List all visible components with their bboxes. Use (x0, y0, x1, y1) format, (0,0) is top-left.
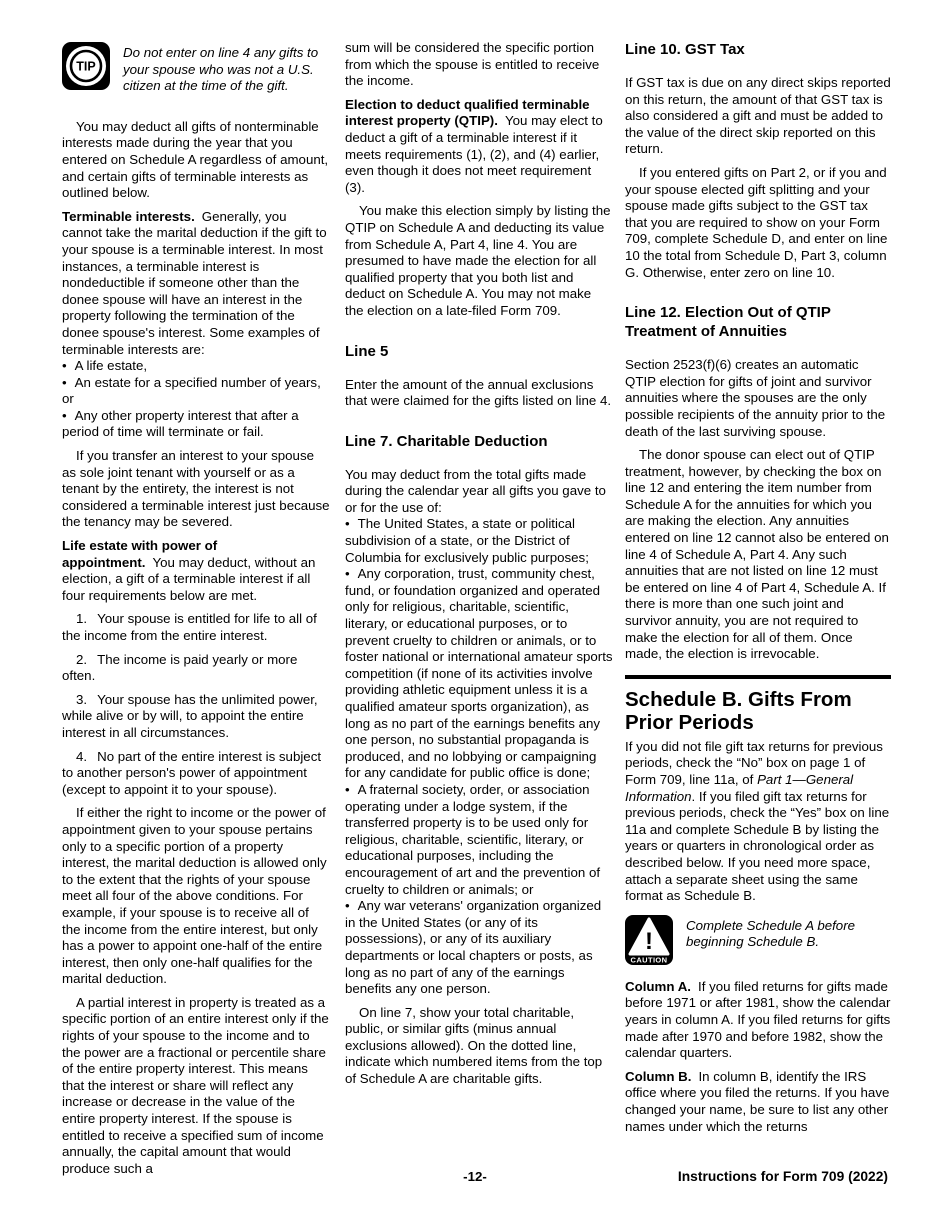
heading-line-10-gst-tax: Line 10. GST Tax (625, 40, 891, 59)
tip-box: TIP Do not enter on line 4 any gifts to … (62, 42, 330, 95)
caution-box: ! CAUTION Complete Schedule A before beg… (625, 915, 891, 965)
heading-line-12-qtip-annuities: Line 12. Election Out of QTIP Treatment … (625, 303, 891, 341)
qtip-election-paragraph: Election to deduct qualified terminable … (345, 97, 613, 197)
bullet-text: Any war veterans' organization organized… (345, 898, 601, 996)
tip-icon-label: TIP (76, 60, 95, 74)
heading-schedule-b: Schedule B. Gifts From Prior Periods (625, 688, 891, 734)
runin-heading: Column A. (625, 979, 698, 994)
item-text: Your spouse has the unlimited power, whi… (62, 692, 318, 740)
column-left: TIP Do not enter on line 4 any gifts to … (62, 40, 330, 1184)
heading-line-5: Line 5 (345, 342, 613, 361)
bullet-marker: • (345, 898, 358, 913)
item-text: The income is paid yearly or more often. (62, 652, 297, 684)
tip-text: Do not enter on line 4 any gifts to your… (123, 42, 330, 95)
item-number: 3. (76, 692, 97, 707)
item-number: 4. (76, 749, 97, 764)
paragraph-text: . If you filed gift tax returns for prev… (625, 789, 889, 904)
section-divider (625, 675, 891, 679)
paragraph: You may deduct all gifts of nonterminabl… (62, 119, 330, 202)
bullet-item: •An estate for a specified number of yea… (62, 375, 330, 408)
item-number: 2. (76, 652, 97, 667)
schedule-b-intro-paragraph: If you did not file gift tax returns for… (625, 739, 891, 905)
bullet-text: Any other property interest that after a… (62, 408, 299, 440)
svg-text:!: ! (645, 928, 653, 955)
paragraph: You may deduct from the total gifts made… (345, 467, 613, 517)
caution-text: Complete Schedule A before beginning Sch… (686, 915, 891, 951)
document-page: TIP Do not enter on line 4 any gifts to … (0, 0, 950, 1230)
bullet-item: •Any war veterans' organization organize… (345, 898, 613, 998)
item-number: 1. (76, 611, 97, 626)
life-estate-paragraph: Life estate with power of appointment.Yo… (62, 538, 330, 604)
runin-heading: Column B. (625, 1069, 698, 1084)
numbered-item: 2.The income is paid yearly or more ofte… (62, 652, 330, 685)
bullet-item: •The United States, a state or political… (345, 516, 613, 566)
paragraph: Enter the amount of the annual exclusion… (345, 377, 613, 410)
tip-icon: TIP (62, 42, 110, 90)
column-middle: sum will be considered the specific port… (345, 40, 613, 1095)
footer-doc-title: Instructions for Form 709 (2022) (678, 1169, 888, 1184)
paragraph: On line 7, show your total charitable, p… (345, 1005, 613, 1088)
bullet-item: •A fraternal society, order, or associat… (345, 782, 613, 898)
bullet-text: Any corporation, trust, community chest,… (345, 566, 613, 780)
bullet-marker: • (62, 358, 75, 373)
bullet-text: A life estate, (75, 358, 147, 373)
bullet-marker: • (345, 566, 358, 581)
bullet-item: •A life estate, (62, 358, 330, 375)
item-text: Your spouse is entitled for life to all … (62, 611, 317, 643)
bullet-marker: • (345, 516, 358, 531)
paragraph: The donor spouse can elect out of QTIP t… (625, 447, 891, 663)
column-a-paragraph: Column A.If you filed returns for gifts … (625, 979, 891, 1062)
runin-heading: Terminable interests. (62, 209, 202, 224)
caution-icon-label: CAUTION (631, 955, 668, 964)
paragraph: sum will be considered the specific port… (345, 40, 613, 90)
paragraph: You make this election simply by listing… (345, 203, 613, 319)
bullet-list: •A life estate, •An estate for a specifi… (62, 358, 330, 441)
bullet-item: •Any corporation, trust, community chest… (345, 566, 613, 782)
paragraph: Section 2523(f)(6) creates an automatic … (625, 357, 891, 440)
paragraph: If you entered gifts on Part 2, or if yo… (625, 165, 891, 281)
numbered-item: 4.No part of the entire interest is subj… (62, 749, 330, 799)
bullet-text: A fraternal society, order, or associati… (345, 782, 600, 897)
bullet-text: The United States, a state or political … (345, 516, 589, 564)
bullet-marker: • (62, 408, 75, 423)
paragraph: If either the right to income or the pow… (62, 805, 330, 988)
numbered-item: 3.Your spouse has the unlimited power, w… (62, 692, 330, 742)
numbered-item: 1.Your spouse is entitled for life to al… (62, 611, 330, 644)
bullet-text: An estate for a specified number of year… (62, 375, 321, 407)
column-b-paragraph: Column B.In column B, identify the IRS o… (625, 1069, 891, 1135)
bullet-item: •Any other property interest that after … (62, 408, 330, 441)
paragraph: If GST tax is due on any direct skips re… (625, 75, 891, 158)
paragraph: If you transfer an interest to your spou… (62, 448, 330, 531)
heading-line-7-charitable-deduction: Line 7. Charitable Deduction (345, 432, 613, 451)
column-right: Line 10. GST Tax If GST tax is due on an… (625, 40, 891, 1142)
bullet-marker: • (345, 782, 358, 797)
bullet-list: •The United States, a state or political… (345, 516, 613, 997)
paragraph: A partial interest in property is treate… (62, 995, 330, 1178)
terminable-interests-paragraph: Terminable interests.Generally, you cann… (62, 209, 330, 358)
caution-icon: ! CAUTION (625, 915, 673, 965)
bullet-marker: • (62, 375, 75, 390)
paragraph-text: Generally, you cannot take the marital d… (62, 209, 327, 357)
item-text: No part of the entire interest is subjec… (62, 749, 321, 797)
